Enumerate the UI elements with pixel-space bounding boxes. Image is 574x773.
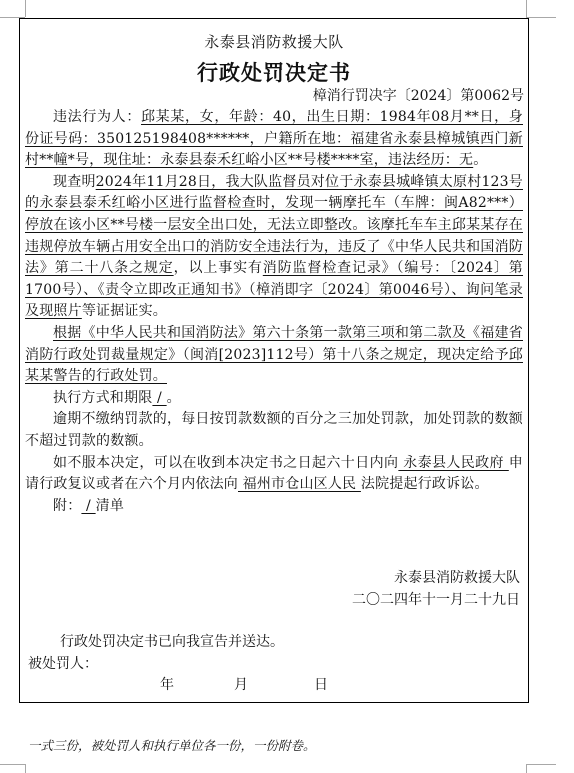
decision-text: 根据《中华人民共和国消防法》第六十条第一款第三项和第二款及《福建省消防行政处罚裁…: [25, 325, 523, 384]
crop-mark-bottom-left-v: [25, 764, 26, 773]
crop-mark-top-right-h: [526, 17, 556, 18]
crop-mark-top-left-v: [25, 0, 26, 17]
punished-person-label: 被处罚人：: [28, 653, 98, 673]
sign-year: 年: [160, 674, 174, 694]
document-body: 违法行为人：邱某某，女，年龄：40，出生日期：1984年08月**日，身份证号码…: [25, 107, 523, 517]
crop-mark-bottom-right-v: [526, 764, 527, 773]
execution-paragraph: 执行方式和期限 / 。: [25, 388, 523, 410]
footnote: 一式三份，被处罚人和执行单位各一份，一份附卷。: [28, 736, 316, 754]
facts-paragraph: 现查明2024年11月28日，我大队监督员对位于永泰县城峰镇太原村123号的永泰…: [25, 172, 523, 323]
org-name: 永泰县消防救援大队: [20, 31, 528, 52]
crop-mark-bottom-left-h: [0, 764, 25, 765]
signature-org: 永泰县消防救援大队: [394, 567, 520, 587]
decision-paragraph: 根据《中华人民共和国消防法》第六十条第一款第三项和第二款及《福建省消防行政处罚裁…: [25, 323, 523, 388]
court-name: 福州市仓山区人民: [238, 476, 361, 492]
doc-title: 行政处罚决定书: [20, 57, 528, 87]
appeal-paragraph: 如不服本决定，可以在收到本决定书之日起六十日内向 永泰县人民政府 申请行政复议或…: [25, 453, 523, 496]
sign-day: 日: [314, 674, 328, 694]
doc-number: 樟消行罚决字〔2024〕第0062号: [313, 85, 524, 105]
attachment-line: 附： / 清单: [25, 496, 523, 518]
crop-mark-bottom-right-h: [526, 764, 556, 765]
signature-date: 二〇二四年十一月二十九日: [352, 589, 520, 609]
party-paragraph: 违法行为人：邱某某，女，年龄：40，出生日期：1984年08月**日，身份证号码…: [25, 107, 523, 172]
crop-mark-top-right-v: [526, 0, 527, 17]
review-authority: 永泰县人民政府: [398, 455, 508, 471]
execution-value: /: [152, 390, 166, 406]
attachment-value: /: [81, 498, 95, 514]
document-frame: 永泰县消防救援大队 行政处罚决定书 樟消行罚决字〔2024〕第0062号 违法行…: [19, 18, 529, 703]
service-statement: 行政处罚决定书已向我宣告并送达。: [60, 631, 284, 651]
overdue-paragraph: 逾期不缴纳罚款的，每日按罚款数额的百分之三加处罚款，加处罚款的数额不超过罚款的数…: [25, 409, 523, 452]
sign-month: 月: [234, 674, 248, 694]
